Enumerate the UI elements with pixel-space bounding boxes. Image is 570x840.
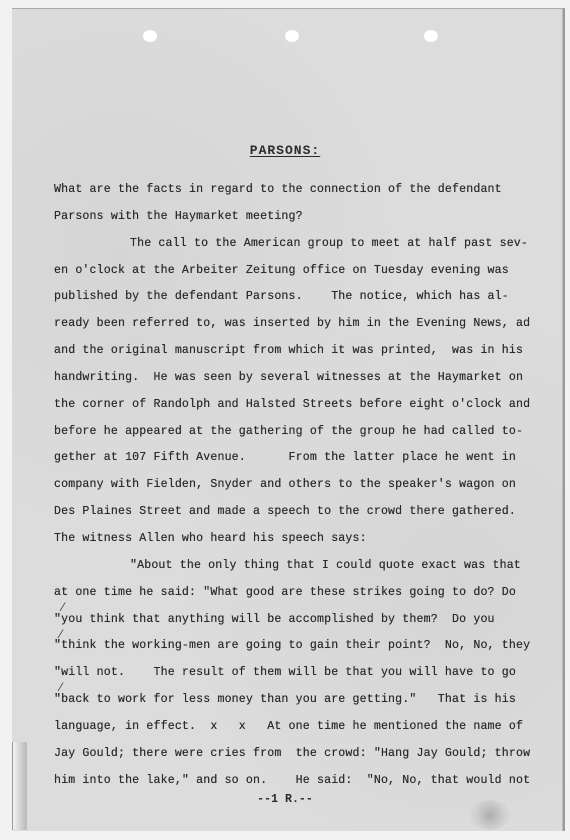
text-line: before he appeared at the gathering of t… bbox=[54, 419, 534, 446]
text-line: What are the facts in regard to the conn… bbox=[54, 177, 534, 204]
pencil-check-mark-icon: ⁄ bbox=[60, 680, 62, 694]
document-body: What are the facts in regard to the conn… bbox=[54, 177, 534, 794]
text-line: gether at 107 Fifth Avenue. From the lat… bbox=[54, 445, 534, 472]
scanned-page-container: PARSONS: What are the facts in regard to… bbox=[0, 0, 570, 840]
text-line: The call to the American group to meet a… bbox=[54, 231, 534, 258]
text-line: Parsons with the Haymarket meeting? bbox=[54, 204, 534, 231]
text-line: The witness Allen who heard his speech s… bbox=[54, 526, 534, 553]
title-text: PARSONS: bbox=[250, 143, 320, 158]
quote-line: "you think that anything will be accompl… bbox=[54, 607, 534, 634]
quote-line: "About the only thing that I could quote… bbox=[54, 553, 534, 580]
text-line: en o'clock at the Arbeiter Zeitung offic… bbox=[54, 258, 534, 285]
quote-line: "back to work for less money than you ar… bbox=[54, 687, 534, 714]
quote-line: Jay Gould; there were cries from the cro… bbox=[54, 741, 534, 768]
text-line: Des Plaines Street and made a speech to … bbox=[54, 499, 534, 526]
quote-line: "will not. The result of them will be th… bbox=[54, 660, 534, 687]
document-title: PARSONS: bbox=[0, 143, 570, 158]
page-fold-edge bbox=[12, 742, 27, 830]
punch-hole-icon bbox=[424, 30, 438, 42]
text-line: handwriting. He was seen by several witn… bbox=[54, 365, 534, 392]
text-line: ready been referred to, was inserted by … bbox=[54, 311, 534, 338]
text-line: and the original manuscript from which i… bbox=[54, 338, 534, 365]
quote-line: language, in effect. x x At one time he … bbox=[54, 714, 534, 741]
punch-hole-icon bbox=[285, 30, 299, 42]
text-line: company with Fielden, Snyder and others … bbox=[54, 472, 534, 499]
pencil-check-mark-icon: ⁄ bbox=[62, 600, 64, 614]
page-number-footer: --1 R.-- bbox=[0, 793, 570, 806]
text-line: the corner of Randolph and Halsted Stree… bbox=[54, 392, 534, 419]
quote-line: "think the working-men are going to gain… bbox=[54, 633, 534, 660]
text-line: published by the defendant Parsons. The … bbox=[54, 284, 534, 311]
pencil-check-mark-icon: ⁄ bbox=[60, 627, 62, 641]
quote-line: at one time he said: "What good are thes… bbox=[54, 580, 534, 607]
quote-line: him into the lake," and so on. He said: … bbox=[54, 768, 534, 795]
punch-hole-icon bbox=[143, 30, 157, 42]
